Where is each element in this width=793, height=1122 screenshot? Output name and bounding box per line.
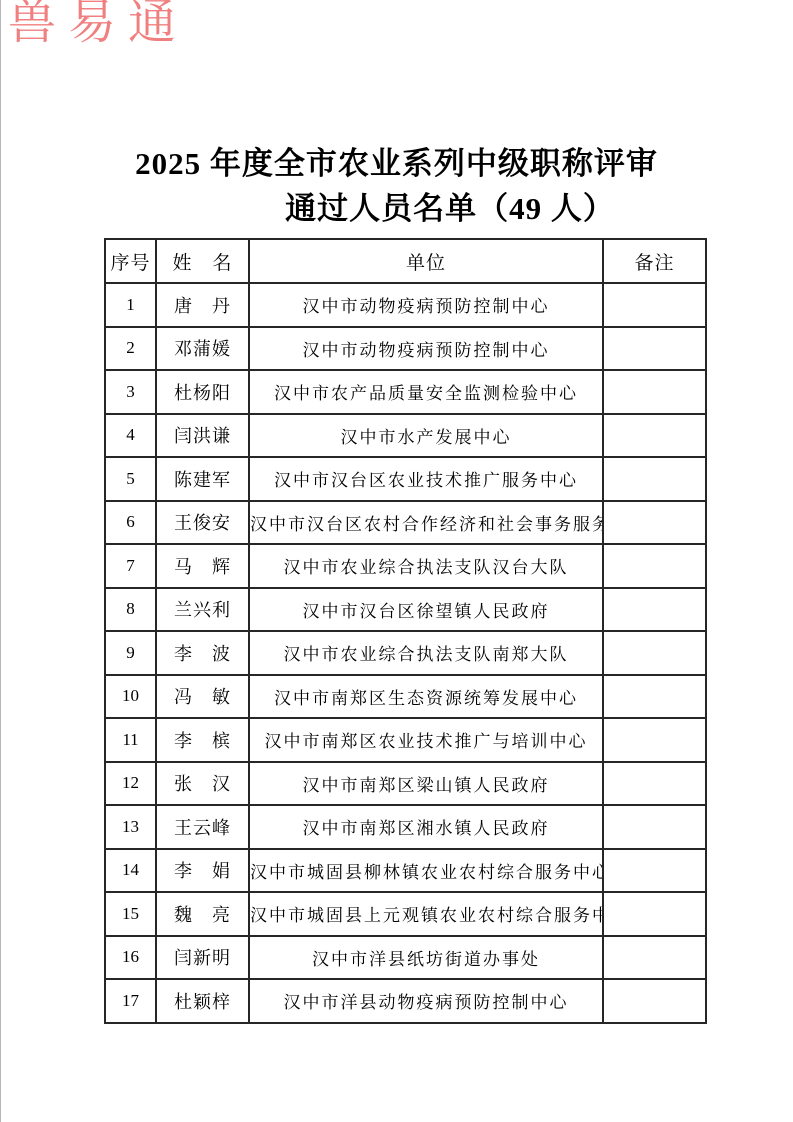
cell-unit: 汉中市汉台区徐望镇人民政府 xyxy=(249,588,603,632)
header-unit: 单位 xyxy=(249,239,603,283)
cell-remark xyxy=(603,414,706,458)
cell-remark xyxy=(603,457,706,501)
cell-unit: 汉中市南郑区生态资源统筹发展中心 xyxy=(249,675,603,719)
cell-name: 王俊安 xyxy=(156,501,249,545)
cell-unit: 汉中市洋县纸坊街道办事处 xyxy=(249,936,603,980)
cell-name: 魏 亮 xyxy=(156,892,249,936)
cell-index: 3 xyxy=(105,370,156,414)
cell-index: 9 xyxy=(105,631,156,675)
cell-name: 杜颖梓 xyxy=(156,979,249,1023)
cell-unit: 汉中市南郑区湘水镇人民政府 xyxy=(249,805,603,849)
cell-index: 17 xyxy=(105,979,156,1023)
cell-remark xyxy=(603,588,706,632)
title-line-1: 2025 年度全市农业系列中级职称评审 xyxy=(0,141,793,186)
table-row: 13王云峰汉中市南郑区湘水镇人民政府 xyxy=(105,805,706,849)
cell-index: 1 xyxy=(105,283,156,327)
cell-remark xyxy=(603,501,706,545)
cell-remark xyxy=(603,762,706,806)
table-row: 17杜颖梓汉中市洋县动物疫病预防控制中心 xyxy=(105,979,706,1023)
cell-name: 陈建军 xyxy=(156,457,249,501)
cell-name: 王云峰 xyxy=(156,805,249,849)
cell-index: 7 xyxy=(105,544,156,588)
cell-index: 4 xyxy=(105,414,156,458)
table-row: 12张 汉汉中市南郑区梁山镇人民政府 xyxy=(105,762,706,806)
cell-remark xyxy=(603,849,706,893)
table-row: 3杜杨阳汉中市农产品质量安全监测检验中心 xyxy=(105,370,706,414)
cell-index: 16 xyxy=(105,936,156,980)
table-row: 14李 娟汉中市城固县柳林镇农业农村综合服务中心 xyxy=(105,849,706,893)
roster-table: 序号 姓 名 单位 备注 1唐 丹汉中市动物疫病预防控制中心2邓蒲媛汉中市动物疫… xyxy=(104,238,707,1024)
cell-name: 唐 丹 xyxy=(156,283,249,327)
cell-index: 8 xyxy=(105,588,156,632)
table-row: 11李 槟汉中市南郑区农业技术推广与培训中心 xyxy=(105,718,706,762)
cell-name: 李 波 xyxy=(156,631,249,675)
cell-index: 5 xyxy=(105,457,156,501)
cell-index: 13 xyxy=(105,805,156,849)
table-header-row: 序号 姓 名 单位 备注 xyxy=(105,239,706,283)
cell-remark xyxy=(603,370,706,414)
cell-name: 闫洪谦 xyxy=(156,414,249,458)
cell-unit: 汉中市南郑区农业技术推广与培训中心 xyxy=(249,718,603,762)
cell-unit: 汉中市动物疫病预防控制中心 xyxy=(249,283,603,327)
cell-index: 10 xyxy=(105,675,156,719)
table-row: 4闫洪谦汉中市水产发展中心 xyxy=(105,414,706,458)
cell-remark xyxy=(603,283,706,327)
table-row: 5陈建军汉中市汉台区农业技术推广服务中心 xyxy=(105,457,706,501)
table-row: 2邓蒲媛汉中市动物疫病预防控制中心 xyxy=(105,327,706,371)
header-remark: 备注 xyxy=(603,239,706,283)
document-page: 兽易通 2025 年度全市农业系列中级职称评审 通过人员名单（49 人） 序号 … xyxy=(0,0,793,1122)
cell-name: 兰兴利 xyxy=(156,588,249,632)
cell-index: 11 xyxy=(105,718,156,762)
cell-remark xyxy=(603,631,706,675)
cell-name: 张 汉 xyxy=(156,762,249,806)
cell-remark xyxy=(603,936,706,980)
cell-index: 12 xyxy=(105,762,156,806)
cell-unit: 汉中市水产发展中心 xyxy=(249,414,603,458)
table-row: 10冯 敏汉中市南郑区生态资源统筹发展中心 xyxy=(105,675,706,719)
cell-remark xyxy=(603,892,706,936)
cell-index: 15 xyxy=(105,892,156,936)
cell-unit: 汉中市农业综合执法支队汉台大队 xyxy=(249,544,603,588)
table-row: 15魏 亮汉中市城固县上元观镇农业农村综合服务中心 xyxy=(105,892,706,936)
title-line-2: 通过人员名单（49 人） xyxy=(0,186,793,231)
cell-unit: 汉中市城固县上元观镇农业农村综合服务中心 xyxy=(249,892,603,936)
cell-index: 2 xyxy=(105,327,156,371)
cell-index: 6 xyxy=(105,501,156,545)
header-index: 序号 xyxy=(105,239,156,283)
table-row: 6王俊安汉中市汉台区农村合作经济和社会事务服务中心 xyxy=(105,501,706,545)
cell-name: 闫新明 xyxy=(156,936,249,980)
table-row: 16闫新明汉中市洋县纸坊街道办事处 xyxy=(105,936,706,980)
cell-index: 14 xyxy=(105,849,156,893)
cell-unit: 汉中市动物疫病预防控制中心 xyxy=(249,327,603,371)
cell-name: 杜杨阳 xyxy=(156,370,249,414)
cell-remark xyxy=(603,544,706,588)
watermark-logo: 兽易通 xyxy=(8,0,188,48)
cell-name: 冯 敏 xyxy=(156,675,249,719)
cell-remark xyxy=(603,979,706,1023)
table-row: 7马 辉汉中市农业综合执法支队汉台大队 xyxy=(105,544,706,588)
cell-unit: 汉中市城固县柳林镇农业农村综合服务中心 xyxy=(249,849,603,893)
cell-remark xyxy=(603,805,706,849)
cell-name: 邓蒲媛 xyxy=(156,327,249,371)
cell-name: 马 辉 xyxy=(156,544,249,588)
cell-unit: 汉中市农业综合执法支队南郑大队 xyxy=(249,631,603,675)
cell-unit: 汉中市汉台区农村合作经济和社会事务服务中心 xyxy=(249,501,603,545)
cell-unit: 汉中市农产品质量安全监测检验中心 xyxy=(249,370,603,414)
cell-remark xyxy=(603,718,706,762)
cell-unit: 汉中市南郑区梁山镇人民政府 xyxy=(249,762,603,806)
cell-remark xyxy=(603,675,706,719)
table-row: 1唐 丹汉中市动物疫病预防控制中心 xyxy=(105,283,706,327)
table-row: 9李 波汉中市农业综合执法支队南郑大队 xyxy=(105,631,706,675)
header-name: 姓 名 xyxy=(156,239,249,283)
cell-name: 李 槟 xyxy=(156,718,249,762)
cell-unit: 汉中市洋县动物疫病预防控制中心 xyxy=(249,979,603,1023)
cell-unit: 汉中市汉台区农业技术推广服务中心 xyxy=(249,457,603,501)
document-title: 2025 年度全市农业系列中级职称评审 通过人员名单（49 人） xyxy=(0,141,793,231)
table-row: 8兰兴利汉中市汉台区徐望镇人民政府 xyxy=(105,588,706,632)
cell-remark xyxy=(603,327,706,371)
cell-name: 李 娟 xyxy=(156,849,249,893)
